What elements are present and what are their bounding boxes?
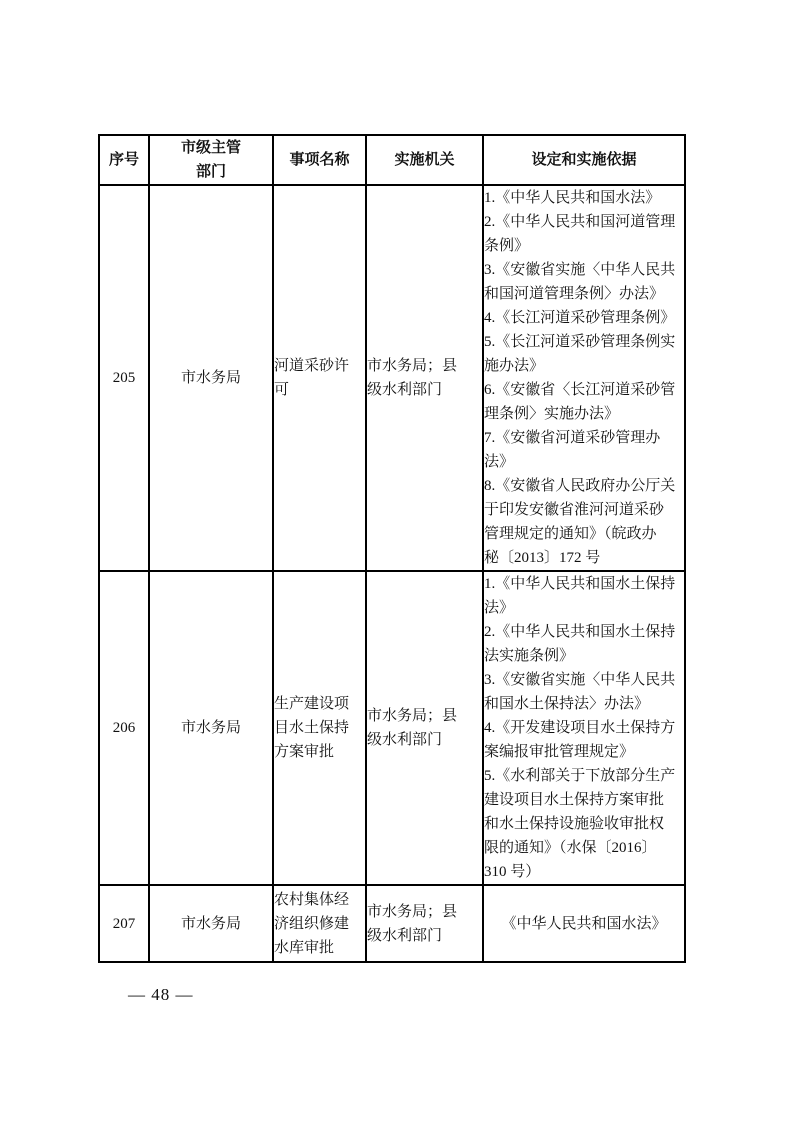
- agency-cell: 市水务局；县 级水利部门: [366, 185, 483, 571]
- row-number: 205: [99, 185, 149, 571]
- table-header-row: 序号 市级主管 部门 事项名称 实施机关 设定和实施依据: [99, 135, 685, 185]
- header-cell-agency: 实施机关: [366, 135, 483, 185]
- header-cell-dept: 市级主管 部门: [149, 135, 273, 185]
- agency-cell: 市水务局；县 级水利部门: [366, 571, 483, 885]
- item-name-cell: 农村集体经 济组织修建 水库审批: [273, 885, 366, 962]
- table-row: 206 市水务局 生产建设项 目水土保持 方案审批 市水务局；县 级水利部门 1…: [99, 571, 685, 885]
- dept-cell: 市水务局: [149, 185, 273, 571]
- header-cell-basis: 设定和实施依据: [483, 135, 685, 185]
- table-row: 205 市水务局 河道采砂许 可 市水务局；县 级水利部门 1.《中华人民共和国…: [99, 185, 685, 571]
- page-number: — 48 —: [128, 985, 194, 1005]
- dept-cell: 市水务局: [149, 885, 273, 962]
- item-name-cell: 河道采砂许 可: [273, 185, 366, 571]
- agency-cell: 市水务局；县 级水利部门: [366, 885, 483, 962]
- basis-cell: 1.《中华人民共和国水法》 2.《中华人民共和国河道管理 条例》 3.《安徽省实…: [483, 185, 685, 571]
- row-number: 207: [99, 885, 149, 962]
- header-cell-no: 序号: [99, 135, 149, 185]
- header-cell-item: 事项名称: [273, 135, 366, 185]
- basis-cell: 1.《中华人民共和国水土保持 法》 2.《中华人民共和国水土保持 法实施条例》 …: [483, 571, 685, 885]
- approval-items-table: 序号 市级主管 部门 事项名称 实施机关 设定和实施依据 205 市水务局 河道…: [98, 134, 686, 963]
- table-row: 207 市水务局 农村集体经 济组织修建 水库审批 市水务局；县 级水利部门 《…: [99, 885, 685, 962]
- basis-cell: 《中华人民共和国水法》: [483, 885, 685, 962]
- document-page: 序号 市级主管 部门 事项名称 实施机关 设定和实施依据 205 市水务局 河道…: [0, 0, 793, 1122]
- dept-cell: 市水务局: [149, 571, 273, 885]
- row-number: 206: [99, 571, 149, 885]
- item-name-cell: 生产建设项 目水土保持 方案审批: [273, 571, 366, 885]
